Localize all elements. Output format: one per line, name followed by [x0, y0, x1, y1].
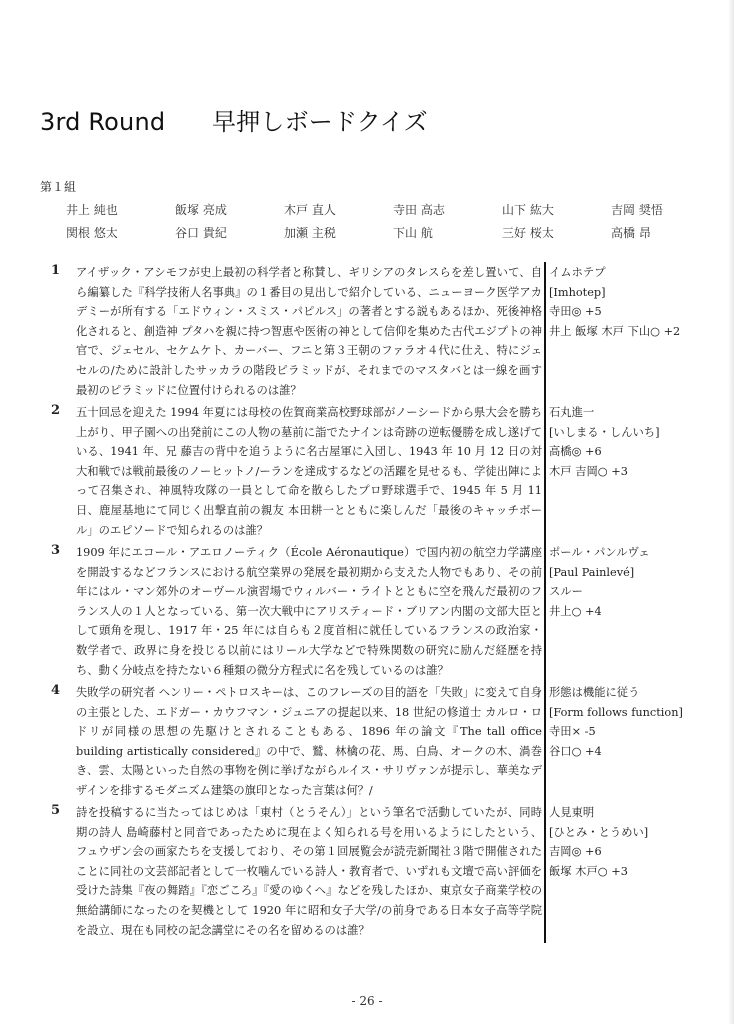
player-name: 谷口 貴紀: [175, 224, 284, 242]
answer-block: 石丸進一 [いしまる・しんいち] 高橋◎ +6 木戸 吉岡○ +3: [549, 403, 729, 481]
round-title: 早押しボードクイズ: [212, 108, 428, 136]
question-number: 4: [51, 683, 60, 698]
player-name: 井上 純也: [66, 201, 175, 219]
answer-block: 人見東明 [ひとみ・とうめい] 吉岡◎ +6 飯塚 木戸○ +3: [549, 803, 729, 881]
answer: 人見東明: [549, 803, 729, 823]
question-number: 2: [51, 403, 60, 418]
answer-reading: [Imhotep]: [549, 283, 729, 303]
question-text: アイザック・アシモフが史上最初の科学者と称賛し、ギリシアのタレスらを差し置いて、…: [76, 263, 542, 400]
player-name: 吉岡 奨悟: [611, 201, 720, 219]
question-text: 詩を投稿するに当たってはじめは「東村（とうそん）」という筆名で活動していたが、同…: [76, 803, 542, 940]
answer-reading: [Form follows function]: [549, 703, 729, 723]
answer-reading: [Paul Painlevé]: [549, 563, 729, 583]
answer-reading: [ひとみ・とうめい]: [549, 823, 729, 843]
result-line: 吉岡◎ +6: [549, 842, 729, 862]
question-number: 1: [51, 263, 60, 278]
answer-block: ポール・パンルヴェ [Paul Painlevé] スルー 井上○ +4: [549, 543, 729, 621]
result-line: 寺田× -5: [549, 722, 729, 742]
answer: イムホテプ: [549, 263, 729, 283]
group-label: 第１組: [40, 178, 76, 195]
question-number: 5: [51, 803, 60, 818]
player-name: 三好 桜太: [502, 224, 611, 242]
question-text: 1909 年にエコール・アエロノーティク（École Aéronautique）…: [76, 543, 542, 680]
answer-block: 形態は機能に従う [Form follows function] 寺田× -5 …: [549, 683, 729, 761]
answer: 石丸進一: [549, 403, 729, 423]
player-name: 下山 航: [393, 224, 502, 242]
player-name: 飯塚 亮成: [175, 201, 284, 219]
question-text: 五十回忌を迎えた 1994 年夏には母校の佐賀商業高校野球部がノーシードから県大…: [76, 403, 542, 540]
result-line: 谷口○ +4: [549, 742, 729, 762]
player-name: 木戸 直人: [284, 201, 393, 219]
result-line: スルー: [549, 582, 729, 602]
result-line: 飯塚 木戸○ +3: [549, 862, 729, 882]
page-number: - 26 -: [0, 994, 734, 1008]
player-name: 山下 紘大: [502, 201, 611, 219]
answer-reading: [いしまる・しんいち]: [549, 423, 729, 443]
answer: ポール・パンルヴェ: [549, 543, 729, 563]
result-line: 寺田◎ +5: [549, 302, 729, 322]
round-label: 3rd Round: [40, 108, 212, 136]
question-number: 3: [51, 543, 60, 558]
result-line: 井上○ +4: [549, 602, 729, 622]
page-title: 3rd Round早押しボードクイズ: [40, 102, 428, 137]
answer-block: イムホテプ [Imhotep] 寺田◎ +5 井上 飯塚 木戸 下山○ +2: [549, 263, 729, 341]
player-list: 井上 純也 飯塚 亮成 木戸 直人 寺田 高志 山下 紘大 吉岡 奨悟 関根 悠…: [66, 201, 720, 242]
player-name: 加瀬 主税: [284, 224, 393, 242]
question-text: 失敗学の研究者 ヘンリー・ペトロスキーは、このフレーズの目的語を「失敗」に変えて…: [76, 683, 542, 801]
column-divider: [544, 262, 546, 943]
result-line: 木戸 吉岡○ +3: [549, 462, 729, 482]
player-name: 関根 悠太: [66, 224, 175, 242]
result-line: 井上 飯塚 木戸 下山○ +2: [549, 322, 729, 342]
result-line: 高橋◎ +6: [549, 442, 729, 462]
player-name: 高橋 昂: [611, 224, 720, 242]
answer: 形態は機能に従う: [549, 683, 729, 703]
player-name: 寺田 高志: [393, 201, 502, 219]
